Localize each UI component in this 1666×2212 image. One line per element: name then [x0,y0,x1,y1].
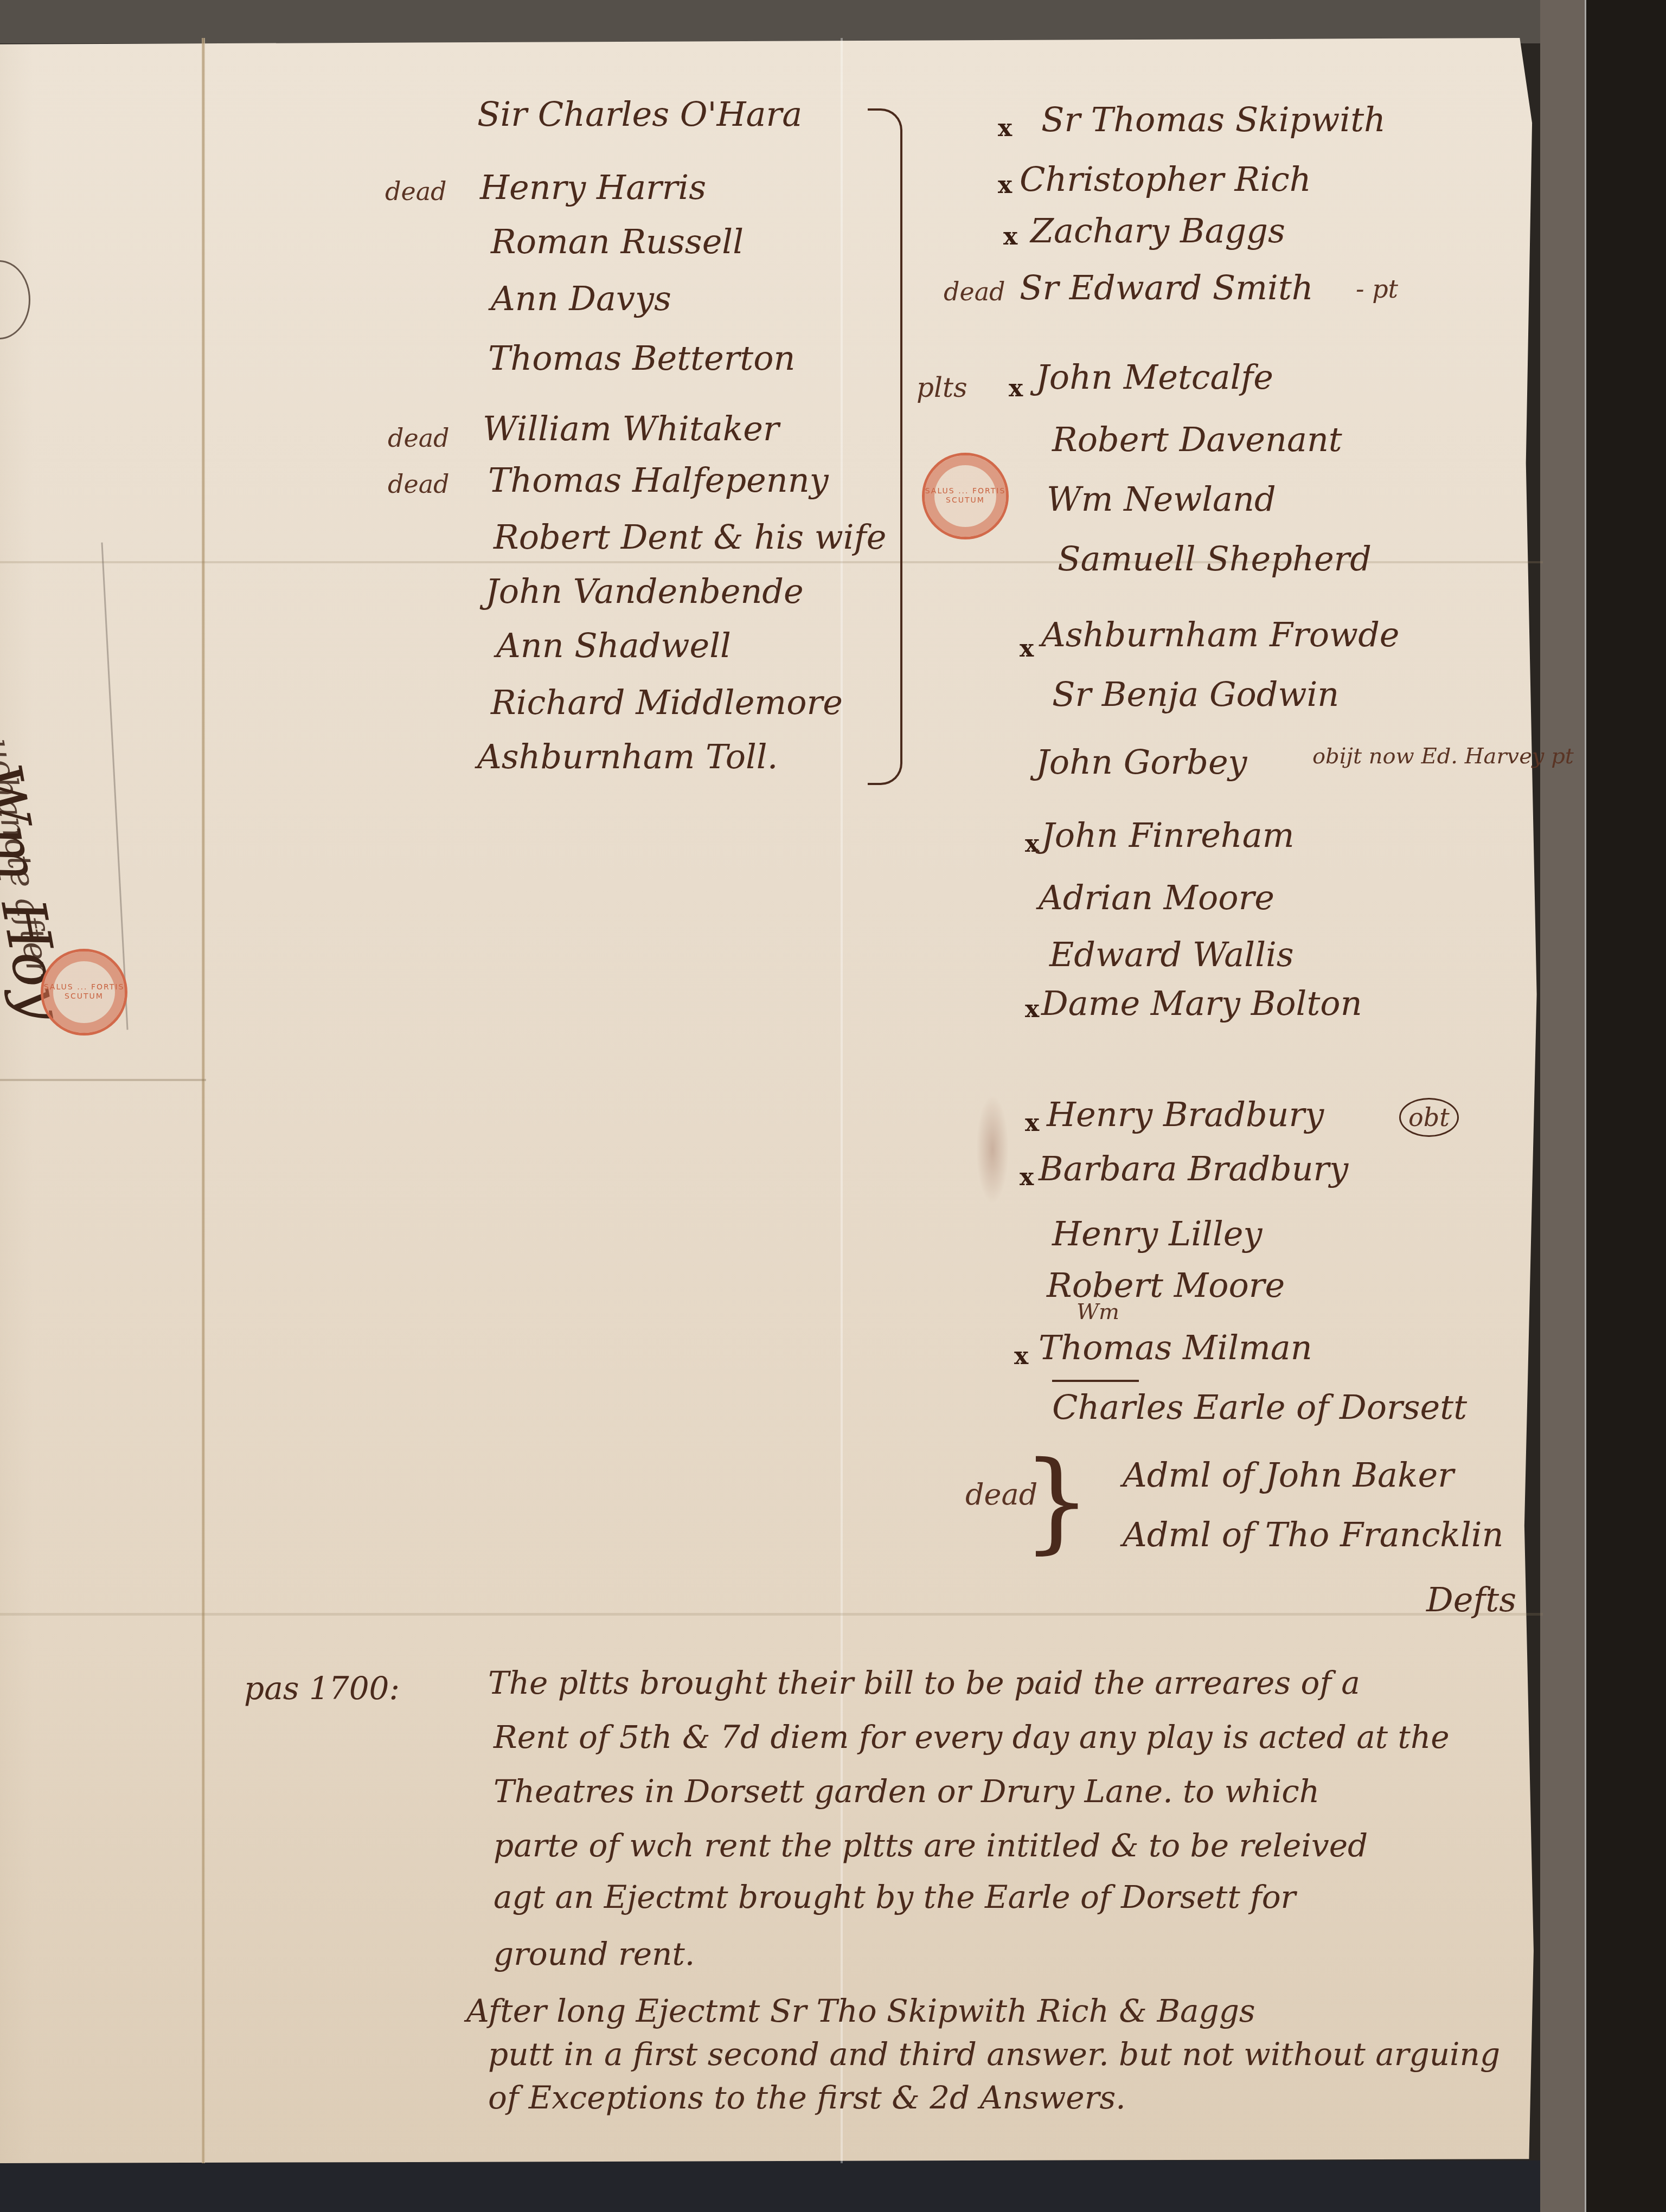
defendant-name: Christopher Rich [1020,163,1311,196]
red-ink-stamp: SALUS ... FORTIS SCUTUM [922,453,1009,539]
plaintiff-name: Thomas Halfepenny [488,464,829,497]
margin-note-dead: dead [388,472,450,497]
plaintiff-name: Ashburnham Toll. [477,740,778,774]
obiit-annotation: obt [1399,1098,1459,1137]
defendant-name: Robert Moore [1047,1269,1285,1302]
background-mount-strip [1540,0,1586,2212]
paragraph-line: putt in a first second and third answer.… [488,2039,1500,2070]
defendant-name: Zachary Baggs [1030,214,1285,248]
name-suffix: - pt [1356,276,1398,301]
underline-stroke [1052,1380,1139,1382]
paragraph-line: Theatres in Dorsett garden or Drury Lane… [494,1776,1319,1807]
defendant-name: Robert Davenant [1052,423,1342,456]
defendant-name: Adml of John Baker [1123,1458,1454,1492]
x-mark: x [998,117,1012,140]
plaintiff-name: Roman Russell [491,225,744,259]
plaintiff-name: Thomas Betterton [488,342,795,375]
defendant-name: Charles Earle of Dorsett [1052,1391,1467,1424]
plaintiff-name: William Whitaker [483,412,779,446]
defendant-name: Samuell Shepherd [1058,542,1372,576]
defendant-name: Thomas Milman [1039,1331,1312,1365]
defendant-name: Henry Lilley [1052,1217,1262,1251]
paragraph-line: parte of wch rent the pltts are intitled… [494,1830,1368,1861]
interlined-annotation: Wm [1077,1301,1119,1323]
paragraph-line: ground rent. [494,1938,695,1970]
defendant-name: Sr Edward Smith [1020,271,1313,305]
plaintiffs-bracket [868,108,902,785]
background-bottom-edge [0,2160,1540,2212]
margin-note-dead: dead [385,179,447,204]
defendant-name: Adml of Tho Francklin [1123,1518,1504,1552]
paper-fold-horizontal-lower [0,1613,1543,1616]
curly-brace: } [1022,1448,1091,1556]
defendant-name: John Metcalfe [1036,361,1273,394]
defendant-name: Edward Wallis [1049,938,1294,972]
margin-note-dead: dead [944,279,1005,304]
x-mark: x [1020,1166,1034,1189]
paragraph-line: The pltts brought their bill to be paid … [488,1667,1360,1699]
date-label: pas 1700: [244,1673,400,1704]
stamp-text: SALUS ... FORTIS SCUTUM [43,983,125,1001]
plaintiff-name: Ann Shadwell [496,629,731,663]
plaintiff-name: John Vandenbende [485,575,804,608]
plaintiff-name: Robert Dent & his wife [494,520,886,554]
defendant-name: John Gorbey [1036,745,1247,779]
paragraph-line: agt an Ejectmt brought by the Earle of D… [494,1881,1296,1913]
background-dark-table [1584,0,1666,2212]
paragraph-line: of Exceptions to the first & 2d Answers. [488,2082,1126,2113]
bracket-label-plaintiffs: plts [917,374,967,401]
background-top-edge [0,0,1540,43]
x-mark: x [1014,1345,1028,1368]
x-mark: x [1020,637,1034,661]
margin-note-dead: dead [388,426,450,451]
ink-smudge [976,1095,1009,1204]
paragraph-line: Rent of 5th & 7d diem for every day any … [494,1721,1450,1753]
stamp-text: SALUS ... FORTIS SCUTUM [925,487,1006,505]
defendant-name: Henry Bradbury [1047,1098,1324,1131]
plaintiff-name: Henry Harris [480,171,706,204]
plaintiff-name: Richard Middlemore [491,686,843,719]
defendant-name: Dame Mary Bolton [1041,987,1362,1020]
x-mark: x [1025,998,1039,1021]
plaintiff-name: Ann Davys [491,282,671,316]
defendant-name: Adrian Moore [1039,881,1274,915]
x-mark: x [1025,832,1039,856]
x-mark: x [1025,1111,1039,1135]
red-ink-stamp-left: SALUS ... FORTIS SCUTUM [41,949,127,1036]
defendant-name: Sr Thomas Skipwith [1041,103,1386,137]
defendant-name: Ashburnham Frowde [1041,618,1400,652]
name-suffix-annotation: obijt now Ed. Harvey pt [1312,745,1574,767]
defendant-name: Sr Benja Godwin [1052,678,1339,711]
x-mark: x [1003,225,1017,249]
paper-fold-left-flap [0,1079,206,1081]
paragraph-line: After long Ejectmt Sr Tho Skipwith Rich … [466,1995,1255,2027]
x-mark: x [1009,377,1023,401]
paper-fold-vertical [202,38,205,2163]
defendant-name: Wm Newland [1047,483,1276,516]
defendant-name: John Finreham [1041,819,1295,852]
x-mark: x [998,173,1012,197]
defendant-name: Barbara Bradbury [1039,1152,1348,1186]
plaintiff-name: Sir Charles O'Hara [477,98,802,131]
defendants-label: Defts [1426,1583,1516,1617]
